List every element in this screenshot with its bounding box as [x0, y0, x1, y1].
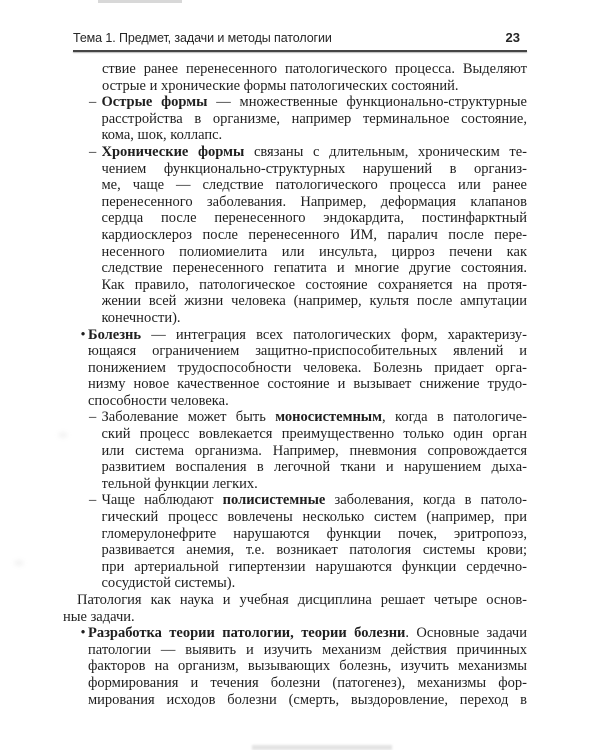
text-line: развитием воспаления в легочной ткани и … [102, 459, 528, 476]
text-line: Хронические формы связаны с длительным, … [102, 144, 528, 161]
text-line: Чаще наблюдают полисистемные заболевания… [102, 492, 528, 509]
text-line: Болезнь — интеграция всех патологических… [88, 327, 527, 344]
text-line: ющаяся ограничением защитно-приспособите… [88, 343, 527, 360]
text-line: ский процесс вовлекается преимущественно… [102, 426, 528, 443]
text-line: чением функционально-структурных нарушен… [102, 161, 528, 178]
text-line: факторов на организм, вызывающих болезнь… [88, 658, 527, 675]
dash-marker: – [89, 492, 96, 509]
text-line: Заболевание может быть моносистемным, ко… [102, 409, 528, 426]
text-line: Разработка теории патологии, теории боле… [88, 625, 527, 642]
text-line: мирования исходов болезни (смерть, выздо… [88, 692, 527, 709]
list-item-dash: –Острые формы — множественные функционал… [102, 94, 528, 144]
list-item-bullet: •Болезнь — интеграция всех патологически… [88, 327, 527, 410]
text-line: развивается анемия, т.е. возникает патол… [102, 542, 528, 559]
text-line: способности человека. [88, 393, 527, 410]
scan-artifact-bottom-edge [252, 745, 392, 750]
text-line: Острые формы — множественные функциональ… [102, 94, 528, 111]
text-line: несенного полиомиелита или инсульта, цир… [102, 244, 528, 261]
book-page: Тема 1. Предмет, задачи и методы патолог… [0, 0, 600, 750]
text-line: следствие перенесенного гепатита и многи… [102, 260, 528, 277]
list-item-dash: –Чаще наблюдают полисистемные заболевани… [102, 492, 528, 592]
page-header: Тема 1. Предмет, задачи и методы патолог… [73, 30, 527, 46]
list-item-dash: –Хронические формы связаны с длительным,… [102, 144, 528, 327]
text-line: или система организма. Например, пневмон… [102, 443, 528, 460]
text-line: расстройства в организме, например терми… [102, 111, 528, 128]
text-line: гломерулонефрите нарушаются функции поче… [102, 526, 528, 543]
scan-smudge [14, 560, 24, 566]
list-item-bullet: •Разработка теории патологии, теории бол… [88, 625, 527, 708]
list-item-dash: –Заболевание может быть моносистемным, к… [102, 409, 528, 492]
text-line: низму новое качественное состояние и выз… [88, 376, 527, 393]
text-line: понижением трудоспособности человека. Бо… [88, 360, 527, 377]
chapter-header-title: Тема 1. Предмет, задачи и методы патолог… [73, 31, 332, 46]
scan-artifact-top-edge [98, 0, 182, 3]
text-line: кома, шок, коллапс. [102, 127, 528, 144]
dash-marker: – [89, 144, 96, 161]
paragraph: Патология как наука и учебная дисциплина… [63, 592, 527, 625]
bullet-marker: • [81, 625, 86, 642]
text-line: гический процесс вовлечены несколько сис… [102, 509, 528, 526]
text-line: Патология как наука и учебная дисциплина… [63, 592, 527, 609]
text-line: Как правило, патологическое состояние со… [102, 277, 528, 294]
text-line: жении всей жизни человека (например, кул… [102, 293, 528, 310]
text-line: ме, чаще — следствие патологического про… [102, 177, 528, 194]
text-line: формирования и течения болезни (патогене… [88, 675, 527, 692]
text-line: острые и хронические формы патологически… [102, 78, 527, 95]
text-line: тельной функции легких. [102, 476, 528, 493]
page-content: ствие ранее перенесенного патологическог… [63, 61, 527, 708]
text-line: при артериальной гипертензии нарушаются … [102, 559, 528, 576]
text-line: сосудистой системы). [102, 575, 528, 592]
text-line: сердца после перенесенного эндокардита, … [102, 210, 528, 227]
text-line: кардиосклероз после перенесенного ИМ, па… [102, 227, 528, 244]
text-line: патологии — выявить и изучить механизм д… [88, 642, 527, 659]
dash-marker: – [89, 409, 96, 426]
paragraph-continuation: ствие ранее перенесенного патологическог… [102, 61, 527, 94]
header-rule [73, 50, 527, 52]
dash-marker: – [89, 94, 96, 111]
text-line: перенесенного заболевания. Например, деф… [102, 194, 528, 211]
text-line: ные задачи. [63, 609, 527, 626]
text-line: ствие ранее перенесенного патологическог… [102, 61, 527, 78]
page-number: 23 [506, 30, 520, 45]
bullet-marker: • [81, 327, 86, 344]
text-line: конечности). [102, 310, 528, 327]
